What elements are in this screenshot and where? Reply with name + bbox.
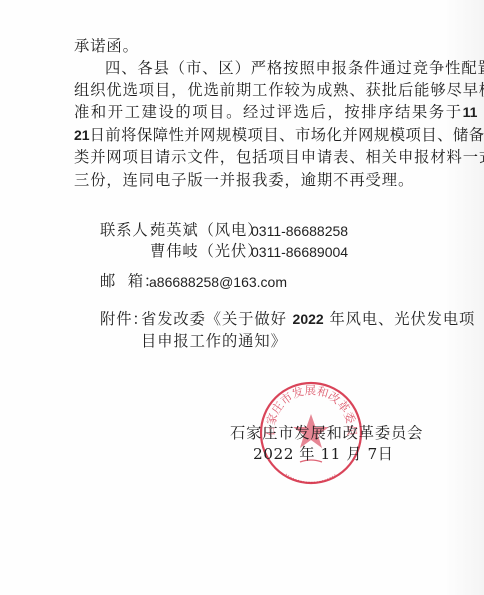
attachment-year: 2022 xyxy=(293,311,324,327)
attachment-title-part-b: 年风电、光伏发电项 xyxy=(329,310,475,328)
email-address: a86688258@163.com xyxy=(149,272,287,292)
signing-organization: 石家庄市发展和改革委员会 xyxy=(230,423,423,443)
previous-paragraph-end: 承诺函。 xyxy=(74,36,139,56)
document-page: 承诺函。 四、各县（市、区）严格按照申报条件通过竞争性配置 组织优选项目，优选前… xyxy=(0,0,484,595)
attachment-title-line1: 省发改委《关于做好 2022 年风电、光伏发电项 xyxy=(141,309,475,329)
para4-line6: 三份，连同电子版一并报我委，逾期不再受理。 xyxy=(74,170,414,190)
para4-line1: 四、各县（市、区）严格按照申报条件通过竞争性配置 xyxy=(105,58,405,78)
attachment-title-line2: 目申报工作的通知》 xyxy=(141,331,287,351)
contact-phone-1: 0311-86688258 xyxy=(251,221,348,241)
para4-line3: 准和开工建设的项目。经过评选后，按排序结果务于 11 月 xyxy=(74,102,405,122)
signing-date: 2022 年 11 月 7日 xyxy=(253,444,393,464)
contact-name-1: 苑英斌（风电） xyxy=(150,220,263,240)
para4-line2: 组织优选项目，优选前期工作较为成熟、获批后能够尽早核 xyxy=(74,80,405,100)
day-number: 21 xyxy=(74,125,90,145)
contact-phone-2: 0311-86689004 xyxy=(251,242,348,262)
contact-name-2: 曹伟岐（光伏） xyxy=(150,241,263,261)
para4-line4: 21 日前将保障性并网规模项目、市场化并网规模项目、储备 xyxy=(74,125,405,145)
para4-line3-text: 准和开工建设的项目。经过评选后，按排序结果务于 xyxy=(74,102,463,122)
para4-line4-text: 日前将保障性并网规模项目、市场化并网规模项目、储备 xyxy=(90,125,484,145)
month-number: 11 xyxy=(463,104,478,120)
para4-line5: 类并网项目请示文件，包括项目申请表、相关申报材料一式 xyxy=(74,147,405,167)
attachment-title-part-a: 省发改委《关于做好 xyxy=(141,310,287,328)
